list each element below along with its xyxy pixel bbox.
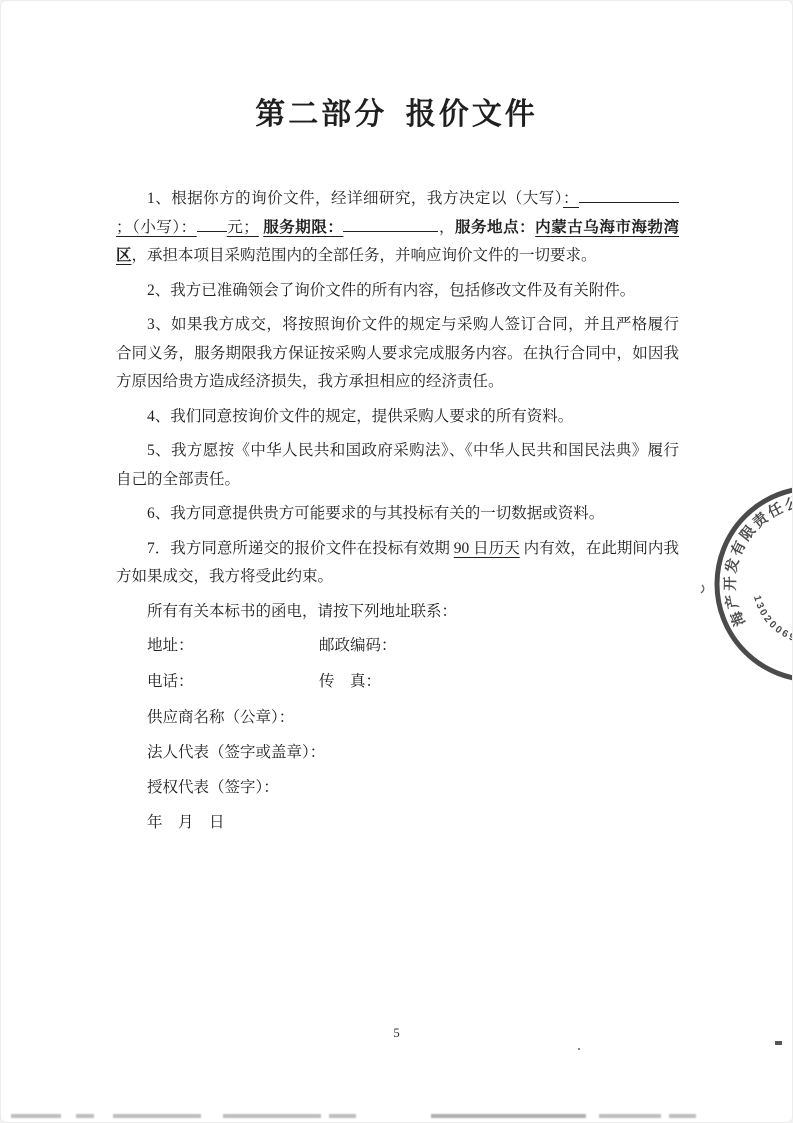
address-label: 地址：: [147, 632, 319, 660]
document-page: 第二部分 报价文件 1、根据你方的询价文件，经详细研究，我方决定以（大写）：；（…: [0, 0, 793, 1123]
seal-inner-mark: [701, 585, 704, 593]
amount-lowercase-blank: [197, 217, 227, 232]
legal-representative-label: 法人代表（签字或盖章）：: [116, 739, 679, 767]
contact-intro: 所有有关本标书的函电，请按下列地址联系：: [116, 598, 679, 627]
scan-speck: [775, 1041, 782, 1045]
company-seal: 海产开发有限责任公司 13020069141: [664, 454, 793, 720]
postal-code-label: 邮政编码：: [319, 632, 397, 660]
amount-uppercase-blank: [579, 188, 679, 203]
comma-separator: ，: [438, 219, 455, 236]
paragraph-1-tail: ，承担本项目采购范围内的全部任务，并响应询价文件的一切要求。: [132, 247, 597, 264]
amount-lowercase-label: ；（小写）：: [116, 219, 197, 236]
phone-row: 电话： 传 真：: [116, 668, 679, 696]
paragraph-7: 7．我方同意所递交的报价文件在投标有效期 90 日历天 内有效，在此期间内我方如…: [116, 535, 679, 592]
seal-registration-number: 13020069141: [751, 594, 793, 647]
amount-uppercase-colon: ：: [563, 190, 579, 207]
service-duration-blank: [343, 217, 438, 232]
page-number: 5: [1, 1025, 792, 1041]
paragraph-6: 6、我方同意提供贵方可能要求的与其投标有关的一切数据或资料。: [116, 500, 679, 529]
date-label: 年 月 日: [116, 809, 679, 837]
authorized-representative-label: 授权代表（签字）：: [116, 774, 679, 802]
paragraph-1: 1、根据你方的询价文件，经详细研究，我方决定以（大写）：；（小写）：元； 服务期…: [116, 185, 679, 271]
document-body: 1、根据你方的询价文件，经详细研究，我方决定以（大写）：；（小写）：元； 服务期…: [116, 185, 679, 844]
paragraph-1-lead: 1、根据你方的询价文件，经详细研究，我方决定以（大写）: [147, 190, 563, 207]
scan-speck: [578, 1048, 580, 1050]
document-title: 第二部分 报价文件: [1, 89, 792, 133]
paragraph-7-lead: 7．我方同意所递交的报价文件在投标有效期: [147, 540, 454, 557]
fax-label: 传 真：: [319, 668, 381, 696]
paragraph-3: 3、如果我方成交，将按照询价文件的规定与采购人签订合同，并且严格履行合同义务，服…: [116, 311, 679, 397]
paragraph-2: 2、我方已准确领会了询价文件的所有内容，包括修改文件及有关附件。: [116, 277, 679, 306]
paragraph-5: 5、我方愿按《中华人民共和国政府采购法》、《中华人民共和国民法典》履行自己的全部…: [116, 437, 679, 494]
phone-label: 电话：: [147, 668, 319, 696]
supplier-name-label: 供应商名称（公章）：: [116, 704, 679, 732]
service-location-label: 服务地点：: [455, 219, 535, 236]
scan-bleedthrough-artifact: [1, 1113, 793, 1119]
service-duration-label: 服务期限：: [263, 219, 343, 236]
validity-period-value: 90 日历天: [454, 540, 520, 557]
address-row: 地址： 邮政编码：: [116, 632, 679, 660]
paragraph-4: 4、我们同意按询价文件的规定，提供采购人要求的所有资料。: [116, 403, 679, 432]
amount-unit: 元；: [227, 219, 259, 236]
svg-text:13020069141: 13020069141: [751, 594, 793, 647]
